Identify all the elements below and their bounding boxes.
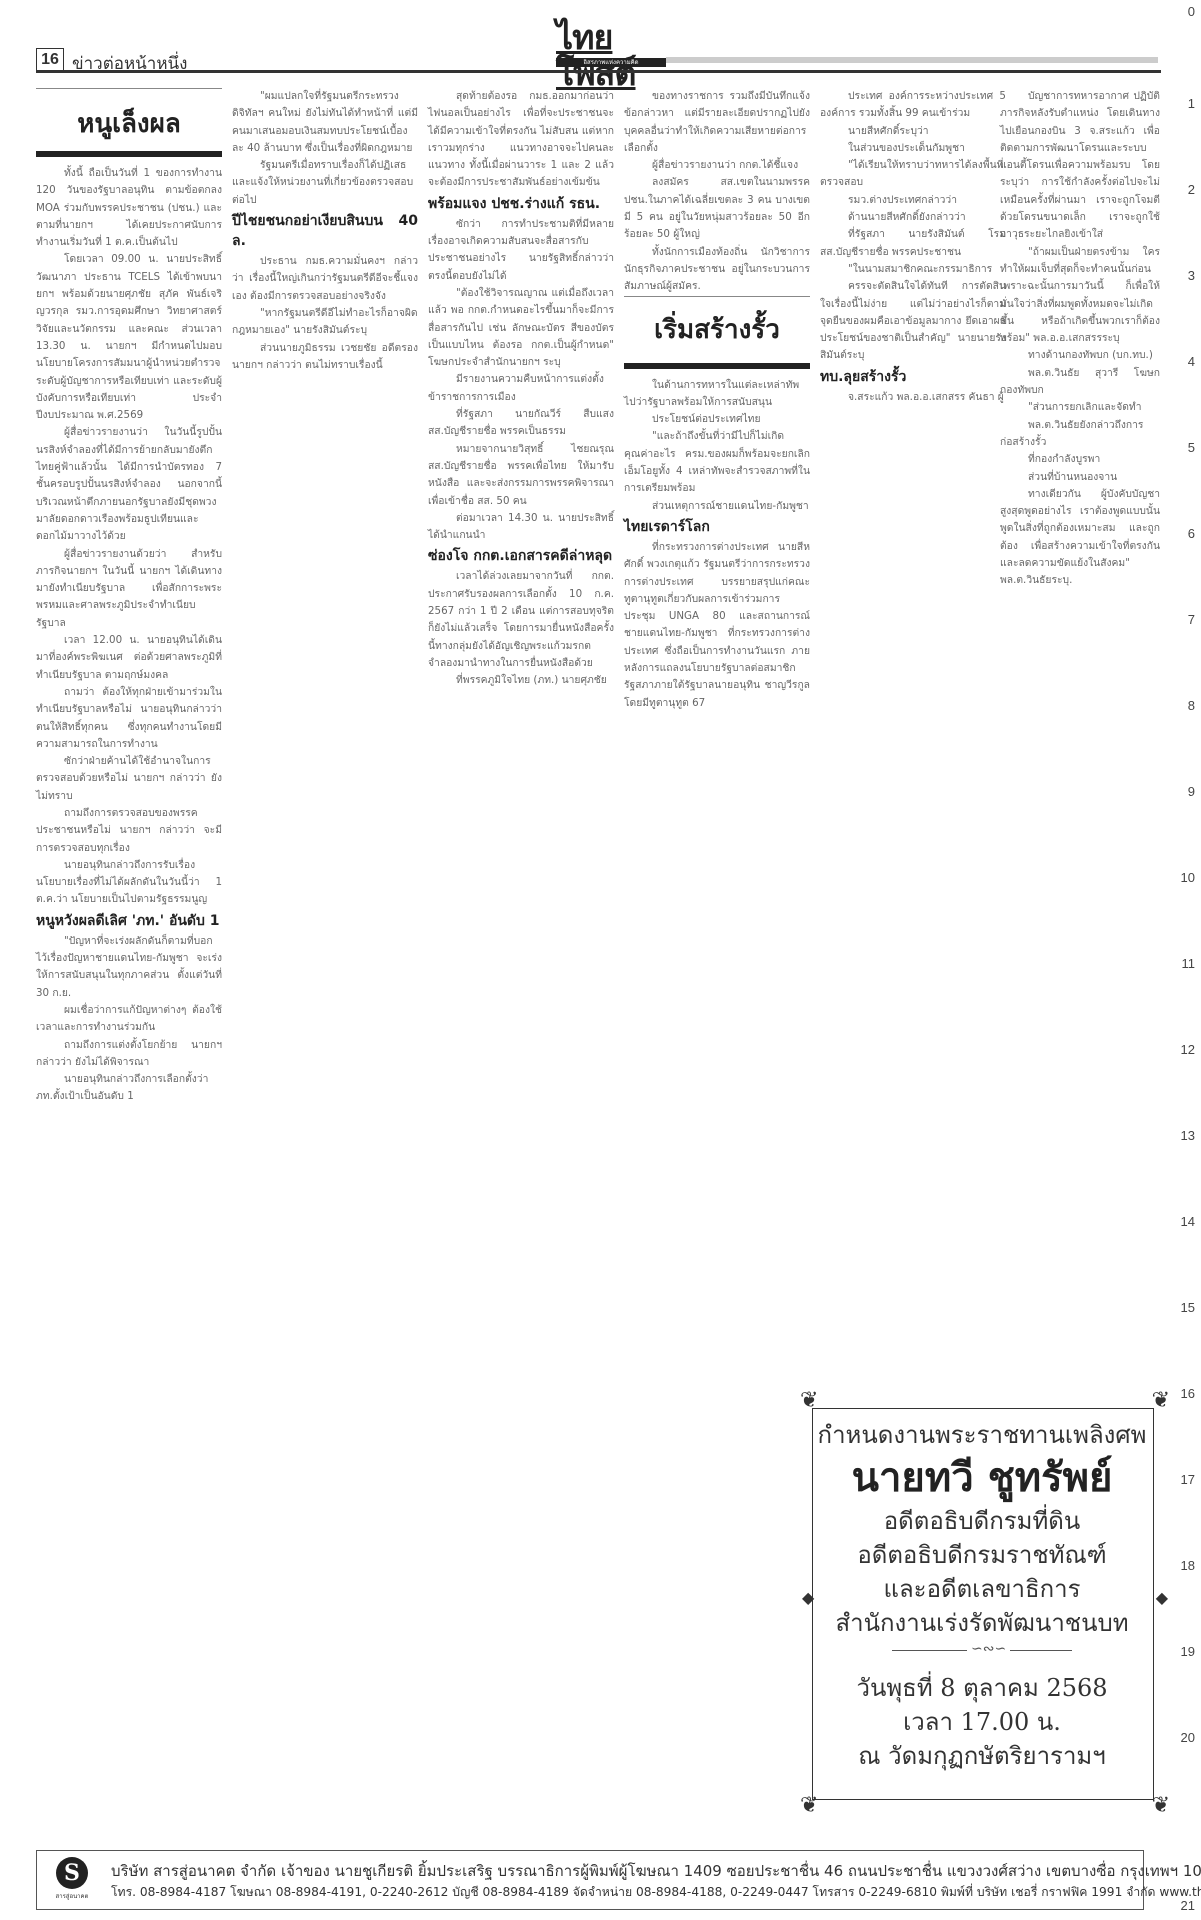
row-number: 12 — [1181, 1042, 1195, 1057]
paragraph: จ.สระแก้ว พล.อ.อ.เสกสรร คันธา ผู้ — [820, 389, 1006, 406]
flourish-icon: ∽∾∽ — [967, 1641, 1010, 1657]
article-column-1: หนูเล็งผล ทั้งนี้ ถือเป็นวันที่ 1 ของการ… — [36, 88, 222, 1106]
paragraph: ผู้สื่อข่าวรายงานด้วยว่า สำหรับภารกิจนาย… — [36, 546, 222, 632]
paragraph: บัญชาการทหารอากาศ ปฏิบัติภารกิจหลังรับตำ… — [1000, 88, 1160, 244]
s-logo-icon: S — [56, 1857, 88, 1889]
row-number: 5 — [1188, 440, 1195, 455]
publisher-imprint: S สารสู่อนาคต บริษัท สารสู่อนาคต จำกัด เ… — [36, 1850, 1144, 1910]
row-number: 10 — [1181, 870, 1195, 885]
notice-name: นายทวี ชูทรัพย์ — [812, 1452, 1152, 1504]
paragraph: ซักว่า การทำประชามติที่มีหลายเรื่องอาจเก… — [428, 216, 614, 285]
publisher-logo-caption: สารสู่อนาคต — [51, 1891, 93, 1901]
paragraph: ทั้งนักการเมืองท้องถิ่น นักวิชาการ นักธุ… — [624, 244, 810, 296]
paragraph: ผู้สื่อข่าวรายงานว่า ในวันนี้รูปปั้นนรสิ… — [36, 424, 222, 545]
ornament-icon: ❦ — [800, 1388, 818, 1413]
subheading: หนูหวังผลดีเลิศ 'ภท.' อันดับ 1 — [36, 911, 222, 931]
paragraph: "และถ้าถึงขั้นที่ว่ามีไปก็ไม่เกิดคุณค่าอ… — [624, 428, 810, 497]
subheading: ไทยเรดาร์โลก — [624, 517, 810, 537]
article-column-6: บัญชาการทหารอากาศ ปฏิบัติภารกิจหลังรับตำ… — [1000, 88, 1160, 590]
row-number: 14 — [1181, 1214, 1195, 1229]
paragraph: ผู้สื่อข่าวรายงานว่า กกต.ได้ชี้แจง — [624, 157, 810, 174]
paragraph: "ผมแปลกใจที่รัฐมนตรีกระทรวงดิจิทัลฯ คนให… — [232, 88, 418, 157]
paragraph: นายอนุทินกล่าวถึงการรับเรื่องนโยบายเรื่อ… — [36, 857, 222, 909]
paragraph: ครรจะตัดสินใจได้ทันที การตัดสินใจเรื่องน… — [820, 278, 1006, 364]
paragraph: นายสีหศักดิ์ระบุว่า — [820, 123, 1006, 140]
title-top-rule — [36, 88, 222, 89]
paragraph: ส่วนนายภูมิธรรม เวชยชัย อดีตรองนายกฯ กล่… — [232, 340, 418, 375]
ornament-icon: ❦ — [1152, 1793, 1170, 1818]
paragraph: ทางด้านกองทัพบก (บก.ทบ.) — [1000, 347, 1160, 364]
page-header: 16 ข่าวต่อหน้าหนึ่ง ไทยโพสต์ อิสรภาพแห่ง… — [36, 20, 1161, 72]
notice-content: กำหนดงานพระราชทานเพลิงศพ นายทวี ชูทรัพย์… — [812, 1418, 1152, 1773]
notice-divider: ∽∾∽ — [892, 1650, 1072, 1661]
notice-title: อดีตอธิบดีกรมราชทัณฑ์ — [812, 1538, 1152, 1572]
diamond-icon: ◆ — [1156, 1588, 1168, 1607]
paragraph: ถามว่า ต้องให้ทุกฝ่ายเข้ามาร่วมในทำเนียบ… — [36, 684, 222, 753]
row-number: 3 — [1188, 268, 1195, 283]
imprint-line-1: บริษัท สารสู่อนาคต จำกัด เจ้าของ นายชูเก… — [111, 1859, 1201, 1883]
publisher-logo: S สารสู่อนาคต — [51, 1857, 93, 1903]
paragraph: ถามถึงการแต่งตั้งโยกย้าย นายกฯ กล่าวว่า … — [36, 1037, 222, 1072]
paragraph: เวลา 12.00 น. นายอนุทินได้เดินมาที่องค์พ… — [36, 632, 222, 684]
notice-title: อดีตอธิบดีกรมที่ดิน — [812, 1504, 1152, 1538]
paragraph: "ปัญหาที่จะเร่งผลักดันก็ตามที่บอกไว้เรื่… — [36, 933, 222, 1002]
paragraph: ที่รัฐสภา นายรังสิมันต์ โรม สส.บัญชีรายช… — [820, 226, 1006, 261]
logo-text: ไทยโพสต์ — [556, 20, 666, 92]
article-title-box: เริ่มสร้างรั้ว — [624, 296, 810, 369]
paragraph: เวลาได้ล่วงเลยมาจากวันที่ กกต. ประกาศรับ… — [428, 568, 614, 672]
paragraph: รัฐมนตรีเมื่อทราบเรื่องก็ได้ปฏิเสธ และแจ… — [232, 157, 418, 209]
article-title: หนูเล็งผล — [36, 109, 222, 139]
paragraph: พล.ต.วินธัยยังกล่าวถึงการก่อสร้างรั้ว — [1000, 417, 1160, 452]
masthead-logo: ไทยโพสต์ อิสรภาพแห่งความคิด — [556, 20, 666, 70]
header-rule — [36, 70, 1161, 73]
row-number: 18 — [1181, 1558, 1195, 1573]
funeral-notice: ❦ ❦ ❦ ❦ ◆ ◆ กำหนดงานพระราชทานเพลิงศพ นาย… — [800, 1388, 1170, 1818]
paragraph: ส่วนเหตุการณ์ชายแดนไทย-กัมพูชา — [624, 498, 810, 515]
paragraph: "ได้เรียนให้ทราบว่าทหารได้ลงพื้นที่ตรวจส… — [820, 157, 1006, 192]
paragraph: ที่กองกำลังบูรพา — [1000, 451, 1160, 468]
ornament-icon: ❦ — [800, 1793, 818, 1818]
paragraph: ประเทศ องค์การระหว่างประเทศ 5 องค์การ รว… — [820, 88, 1006, 123]
notice-title: สำนักงานเร่งรัดพัฒนาชนบท — [812, 1606, 1152, 1640]
row-number: 8 — [1188, 698, 1195, 713]
paragraph: นายอนุทินกล่าวถึงการเลือกตั้งว่า ภท.ตั้ง… — [36, 1071, 222, 1106]
newspaper-page: 0 1 2 3 4 5 6 7 8 9 10 11 12 13 14 15 16… — [0, 0, 1201, 1920]
paragraph: "ส่วนการยกเลิกและจัดทำ — [1000, 399, 1160, 416]
notice-date: วันพุธที่ 8 ตุลาคม 2568 — [812, 1671, 1152, 1705]
row-number: 4 — [1188, 354, 1195, 369]
paragraph: "ในนามสมาชิกคณะกรรมาธิการ — [820, 261, 1006, 278]
paragraph: "ต้องใช้วิจารณญาณ แต่เมื่อถึงเวลาแล้ว พอ… — [428, 285, 614, 371]
row-number: 15 — [1181, 1300, 1195, 1315]
paragraph: ในส่วนของประเด็นกัมพูชา — [820, 140, 1006, 157]
paragraph: ลงสมัคร สส.เขตในนามพรรค ปชน.ในภาคได้เฉลี… — [624, 174, 810, 243]
row-number: 11 — [1182, 956, 1196, 971]
paragraph: ถามถึงการตรวจสอบของพรรคประชาชนหรือไม่ นา… — [36, 805, 222, 857]
row-number: 19 — [1181, 1644, 1195, 1659]
paragraph: หมายจากนายวิสุทธิ์ ไชยณรุณ สส.บัญชีรายชื… — [428, 441, 614, 510]
row-number: 7 — [1188, 612, 1195, 627]
paragraph: ที่พรรคภูมิใจไทย (ภท.) นายศุภชัย — [428, 672, 614, 689]
paragraph: ที่รัฐสภา นายกัณวีร์ สืบแสง สส.บัญชีรายช… — [428, 406, 614, 441]
paragraph: ผมเชื่อว่าการแก้ปัญหาต่างๆ ต้องใช้เวลาแล… — [36, 1002, 222, 1037]
paragraph: ทั้งนี้ ถือเป็นวันที่ 1 ของการทำงาน 120 … — [36, 165, 222, 251]
paragraph: ซักว่าฝ่ายค้านได้ใช้อำนาจในการตรวจสอบด้ว… — [36, 753, 222, 805]
page-number: 16 — [36, 48, 64, 72]
article-column-4: ของทางราชการ รวมถึงมีบันทึกแจ้งข้อกล่าวห… — [624, 88, 810, 712]
subheading: ปีไชยชนกอย่าเงียบสินบน 40 ล. — [232, 211, 418, 251]
paragraph: "หากรัฐมนตรีดีอีไม่ทำอะไรก็อาจผิดกฎหมายเ… — [232, 305, 418, 340]
paragraph: พล.ต.วินธัย สุวารี โฆษกกองทัพบก — [1000, 365, 1160, 400]
title-bar — [36, 151, 222, 157]
notice-heading: กำหนดงานพระราชทานเพลิงศพ — [812, 1418, 1152, 1452]
paragraph: ที่กระทรวงการต่างประเทศ นายสีหศักดิ์ พวง… — [624, 539, 810, 712]
subheading: พร้อมแจง ปชช.ร่างแก้ รธน. — [428, 194, 614, 214]
paragraph: ของทางราชการ รวมถึงมีบันทึกแจ้งข้อกล่าวห… — [624, 88, 810, 157]
article-column-5: ประเทศ องค์การระหว่างประเทศ 5 องค์การ รว… — [820, 88, 1006, 406]
row-number: 2 — [1188, 182, 1195, 197]
paragraph: ต่อมาเวลา 14.30 น. นายประสิทธิ์ ได้นำแกน… — [428, 510, 614, 545]
subheading: ซ่องโจ กกต.เอกสารคดีล่าหลุด — [428, 546, 614, 566]
paragraph: ประโยชน์ต่อประเทศไทย — [624, 411, 810, 428]
paragraph: รมว.ต่างประเทศกล่าวว่า — [820, 192, 1006, 209]
paragraph: โดยเวลา 09.00 น. นายประสิทธิ์ วัฒนาภา ปร… — [36, 251, 222, 424]
paragraph: สุดท้ายต้องรอ กมธ.ออกมาก่อนว่าไฟนอลเป็นอ… — [428, 88, 614, 192]
row-number: 16 — [1181, 1386, 1195, 1401]
imprint-line-2: โทร. 08-8984-4187 โฆษณา 08-8984-4191, 0-… — [111, 1883, 1201, 1902]
paragraph: ประธาน กมธ.ความมั่นคงฯ กล่าวว่า เรื่องนี… — [232, 253, 418, 305]
row-number: 20 — [1181, 1730, 1195, 1745]
paragraph: มีรายงานความคืบหน้าการแต่งตั้งข้าราชการก… — [428, 371, 614, 406]
row-number: 13 — [1181, 1128, 1195, 1143]
notice-place: ณ วัดมกุฏกษัตริยารามฯ — [812, 1739, 1152, 1773]
logo-tagline: อิสรภาพแห่งความคิด — [556, 58, 666, 67]
row-number: 9 — [1188, 784, 1195, 799]
paragraph: "ถ้าผมเป็นฝ่ายตรงข้าม ใครทำให้ผมเจ็บที่ส… — [1000, 244, 1160, 348]
subheading: ทบ.ลุยสร้างรั้ว — [820, 367, 1006, 387]
paragraph: ทางเดียวกัน ผู้บังคับบัญชาสูงสุดพูดอย่าง… — [1000, 486, 1160, 590]
article-title: เริ่มสร้างรั้ว — [624, 315, 810, 345]
title-bar — [624, 363, 810, 369]
ornament-icon: ❦ — [1152, 1388, 1170, 1413]
article-column-3: สุดท้ายต้องรอ กมธ.ออกมาก่อนว่าไฟนอลเป็นอ… — [428, 88, 614, 690]
notice-time: เวลา 17.00 น. — [812, 1705, 1152, 1739]
row-number: 0 — [1188, 4, 1195, 19]
row-number: 1 — [1188, 96, 1195, 111]
header-gray-rule — [666, 57, 1158, 63]
row-number: 17 — [1181, 1472, 1195, 1487]
paragraph: ส่วนที่บ้านหนองจาน — [1000, 469, 1160, 486]
notice-title: และอดีตเลขาธิการ — [812, 1572, 1152, 1606]
paragraph: ด้านนายสีหศักดิ์ยังกล่าวว่า — [820, 209, 1006, 226]
paragraph: ในด้านการทหารในแต่ละเหล่าทัพไปว่ารัฐบาลพ… — [624, 377, 810, 412]
row-number: 6 — [1188, 526, 1195, 541]
article-column-2: "ผมแปลกใจที่รัฐมนตรีกระทรวงดิจิทัลฯ คนให… — [232, 88, 418, 374]
